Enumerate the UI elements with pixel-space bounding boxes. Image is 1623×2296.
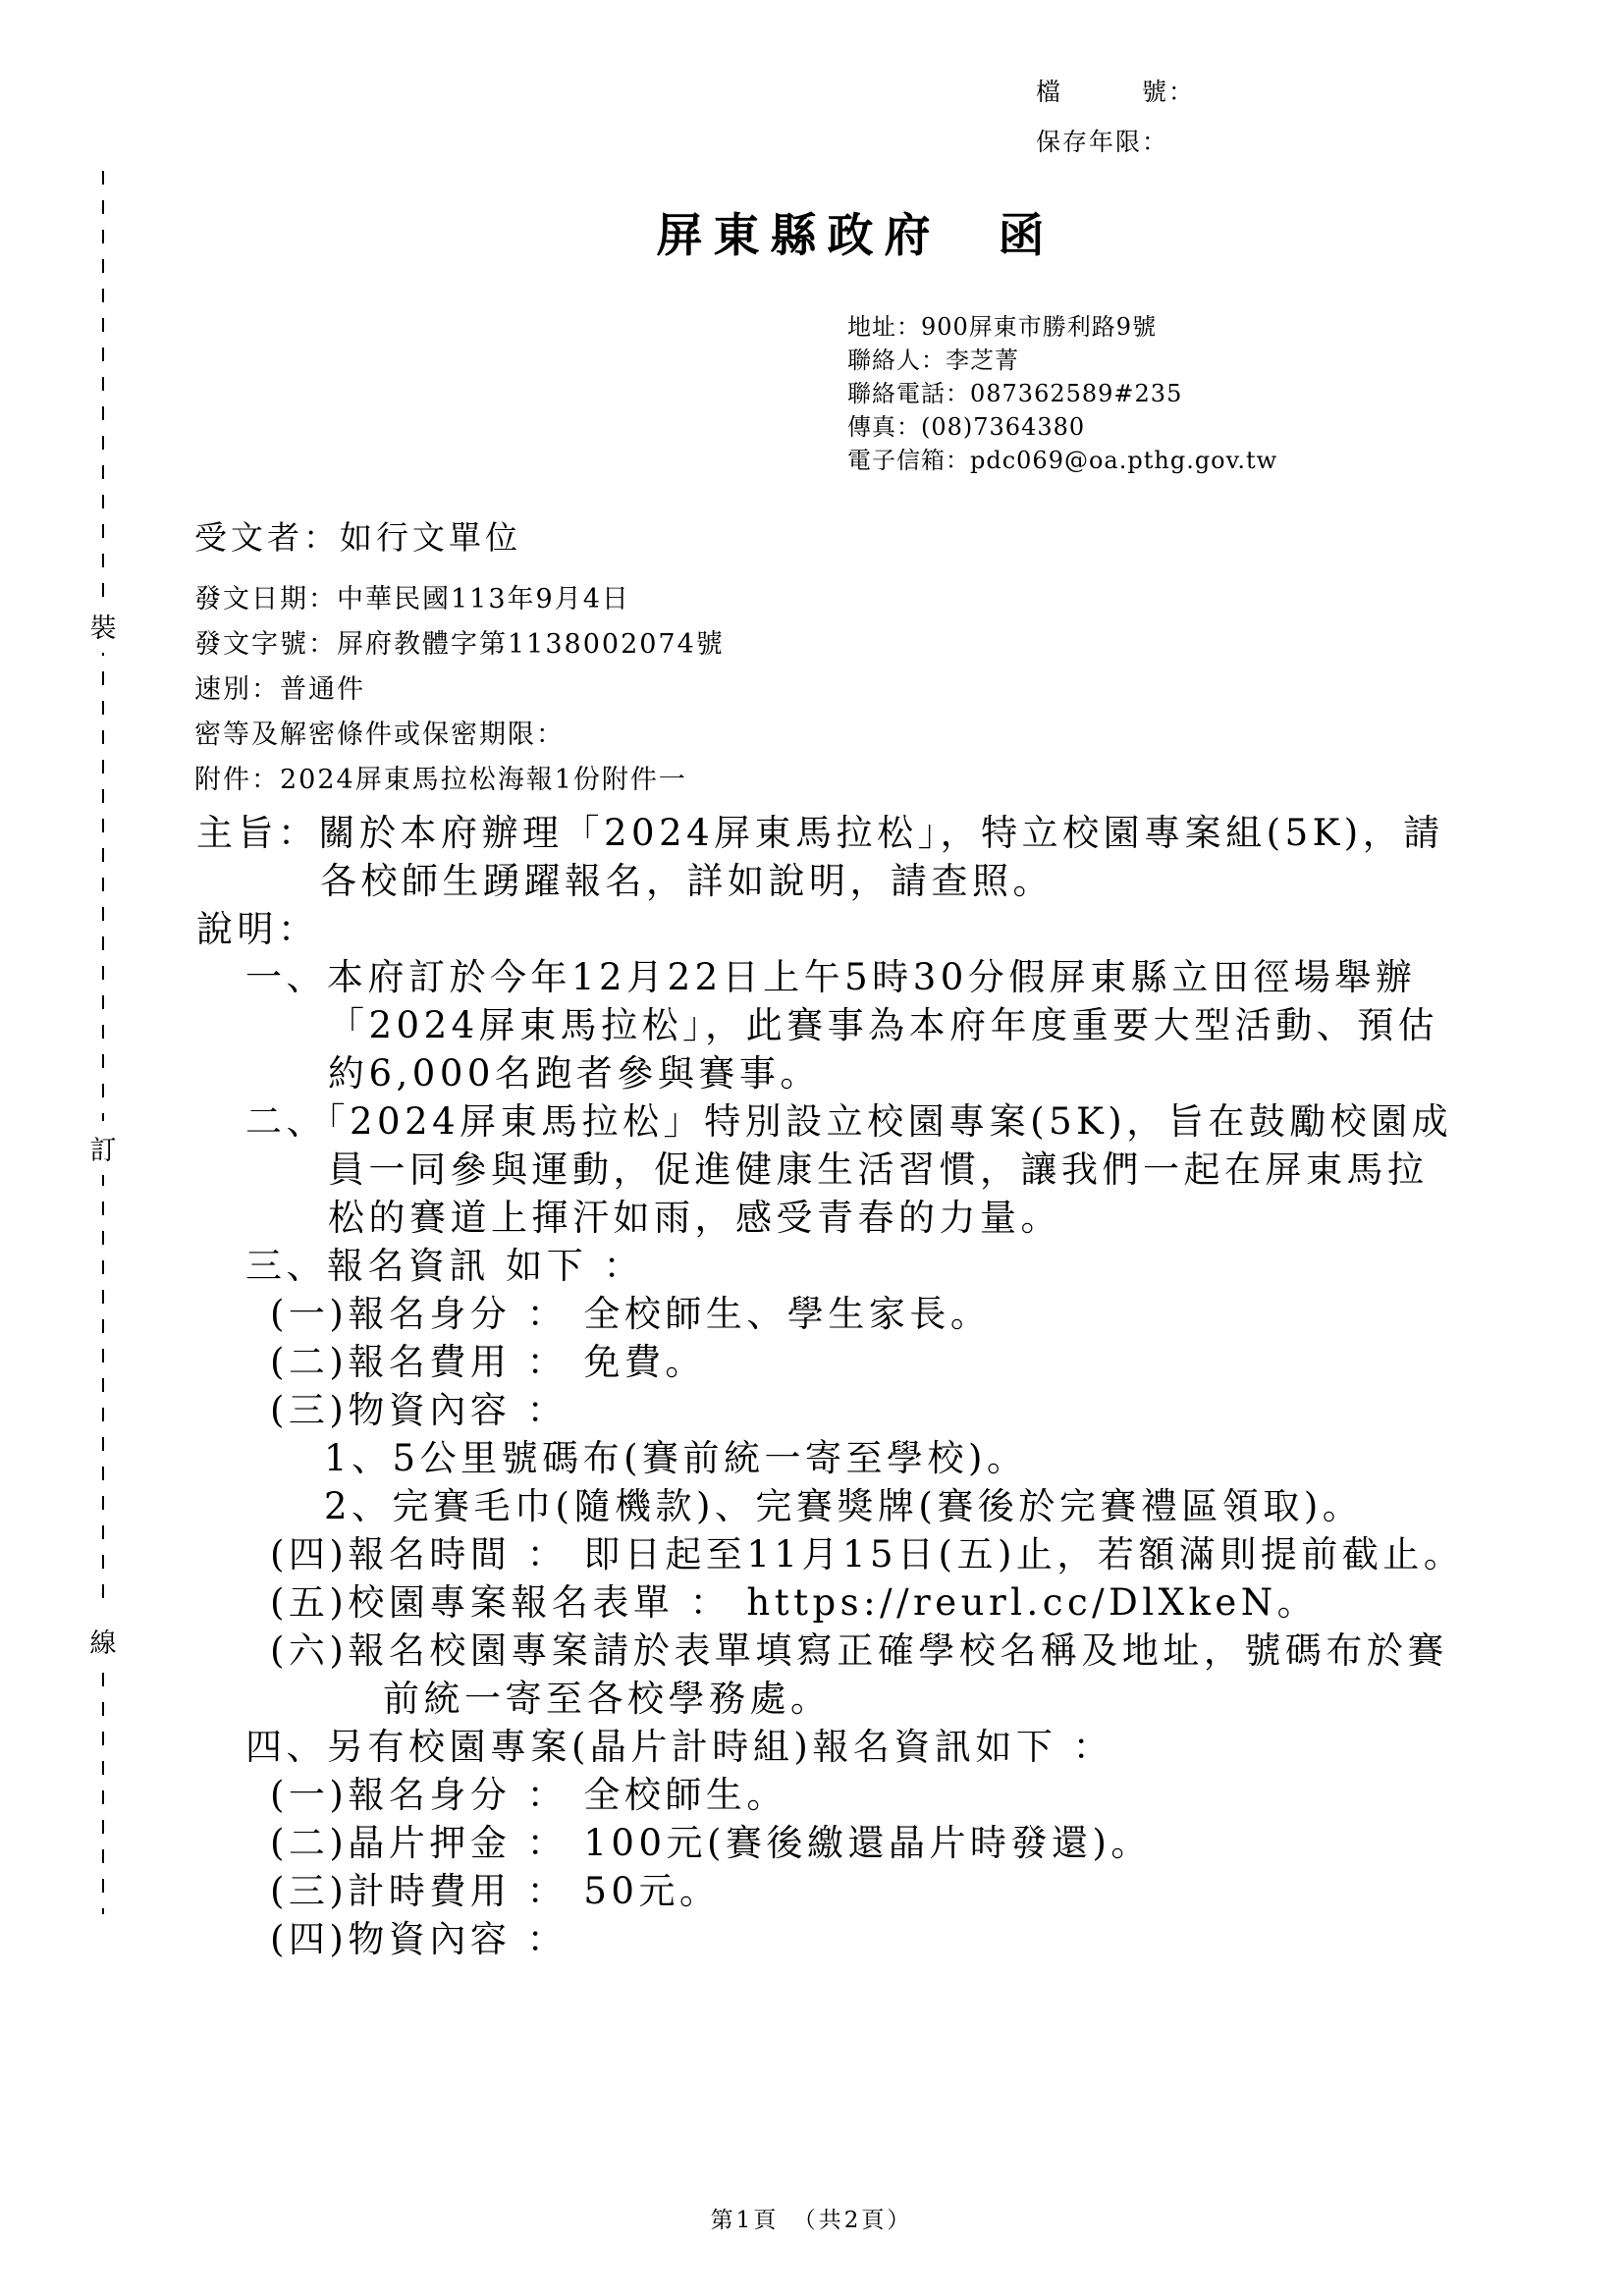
item-4-sub-1: (一)報名身分 ： 全校師生。 bbox=[270, 1771, 1467, 1819]
security-line: 密等及解密條件或保密期限： bbox=[194, 713, 725, 758]
attachment-line: 附件：2024屏東馬拉松海報1份附件一 bbox=[194, 758, 725, 803]
item-3-sub-3: (三)物資內容 ： bbox=[270, 1386, 1467, 1434]
retention-period-label: 保存年限： bbox=[1036, 117, 1195, 167]
explanation-item-1: 一、本府訂於今年12月22日上午5時30分假屏東縣立田徑場舉辦「2024屏東馬拉… bbox=[245, 953, 1467, 1097]
document-meta-block: 發文日期：中華民國113年9月4日 發文字號：屏府教體字第1138002074號… bbox=[194, 577, 725, 803]
explanation-item-4: 四、另有校園專案(晶片計時組)報名資訊如下 ： bbox=[245, 1723, 1467, 1771]
explanation-heading: 說明： bbox=[196, 905, 1467, 953]
sender-contact-block: 地址：900屏東市勝利路9號 聯絡人：李芝菁 聯絡電話：087362589#23… bbox=[847, 310, 1277, 477]
item-3-sub-5-registration-url: (五)校園專案報名表單 ： https://reurl.cc/DlXkeN。 bbox=[270, 1578, 1467, 1627]
sender-contact-person: 聯絡人：李芝菁 bbox=[847, 344, 1277, 377]
sender-address: 地址：900屏東市勝利路9號 bbox=[847, 310, 1277, 344]
sender-email: 電子信箱：pdc069@oa.pthg.gov.tw bbox=[847, 444, 1277, 477]
subject-paragraph: 主旨：關於本府辦理「2024屏東馬拉松」，特立校園專案組(5K)，請各校師生踴躍… bbox=[196, 809, 1467, 905]
recipient-line: 受文者：如行文單位 bbox=[194, 512, 521, 559]
explanation-item-3: 三、報名資訊 如下 ： bbox=[245, 1242, 1467, 1290]
item-3-sub-1: (一)報名身分 ： 全校師生、學生家長。 bbox=[270, 1290, 1467, 1338]
supplies-item-1: 1、5公里號碼布(賽前統一寄至學校)。 bbox=[324, 1434, 1467, 1482]
document-title: 屏東縣政府 函 bbox=[0, 199, 1623, 265]
archive-header: 檔 號： 保存年限： bbox=[1036, 67, 1195, 167]
file-number-label: 檔 號： bbox=[1036, 67, 1195, 117]
letter-body: 主旨：關於本府辦理「2024屏東馬拉松」，特立校園專案組(5K)，請各校師生踴躍… bbox=[196, 809, 1467, 1963]
issue-date-line: 發文日期：中華民國113年9月4日 bbox=[194, 577, 725, 622]
priority-line: 速別：普通件 bbox=[194, 667, 725, 713]
binding-mark-xian: 線 bbox=[88, 1614, 118, 1668]
explanation-item-2: 二、「2024屏東馬拉松」特別設立校園專案(5K)，旨在鼓勵校園成員一同參與運動… bbox=[245, 1097, 1467, 1242]
binding-mark-ding: 訂 bbox=[88, 1121, 118, 1175]
item-4-sub-4: (四)物資內容 ： bbox=[270, 1915, 1467, 1963]
binding-mark-zhuang: 裝 bbox=[88, 599, 118, 653]
sender-fax: 傳真：(08)7364380 bbox=[847, 410, 1277, 444]
sender-phone: 聯絡電話：087362589#235 bbox=[847, 377, 1277, 410]
doc-number-line: 發文字號：屏府教體字第1138002074號 bbox=[194, 622, 725, 667]
supplies-item-2: 2、完賽毛巾(隨機款)、完賽獎牌(賽後於完賽禮區領取)。 bbox=[324, 1482, 1467, 1530]
item-3-sub-4: (四)報名時間 ： 即日起至11月15日(五)止，若額滿則提前截止。 bbox=[270, 1530, 1467, 1578]
page-number-footer: 第1頁 （共2頁） bbox=[0, 2202, 1623, 2234]
item-4-sub-3: (三)計時費用 ： 50元。 bbox=[270, 1867, 1467, 1915]
item-3-sub-6: (六)報名校園專案請於表單填寫正確學校名稱及地址，號碼布於賽前統一寄至各校學務處… bbox=[270, 1627, 1467, 1723]
item-3-sub-2: (二)報名費用 ： 免費。 bbox=[270, 1338, 1467, 1386]
item-4-sub-2: (二)晶片押金 ： 100元(賽後繳還晶片時發還)。 bbox=[270, 1819, 1467, 1867]
